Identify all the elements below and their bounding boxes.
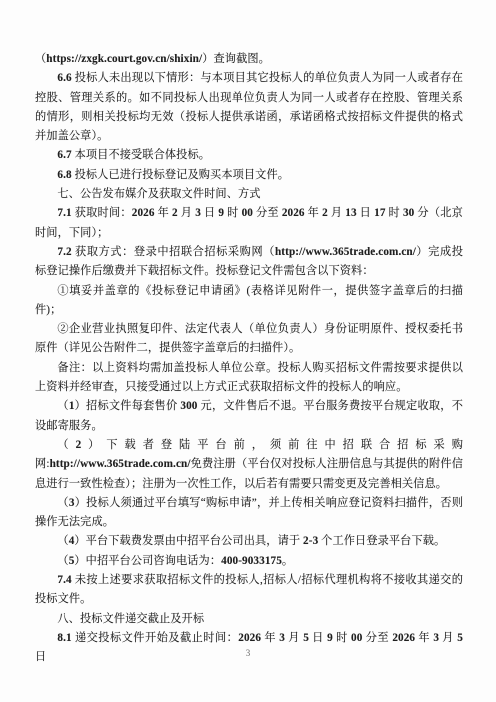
clause-6-8: 6.8 投标人已进行投标登记及购买本项目文件。 bbox=[35, 166, 463, 185]
paragraph-url-screenshot: （https://zxgk.court.gov.cn/shixin/）查询截图。 bbox=[35, 50, 463, 69]
clause-7-1: 7.1 获取时间：2026 年 2 月 3 日 9 时 00 分至 2026 年… bbox=[35, 204, 463, 243]
list-item-2: （2）下载者登陆平台前，须前往中招联合招标采购网:http://www.365t… bbox=[35, 436, 463, 494]
remark-note: 备注：以上资料均需加盖投标人单位公章。投标人购买招标文件需按要求提供以上资料并经… bbox=[35, 359, 463, 398]
clause-7-2: 7.2 获取方式：登录中招联合招标采购网（http://www.365trade… bbox=[35, 243, 463, 282]
list-item-4: （4）平台下载费发票由中招平台公司出具，请于 2-3 个工作日登录平台下载。 bbox=[35, 532, 463, 551]
document-page: （https://zxgk.court.gov.cn/shixin/）查询截图。… bbox=[0, 0, 496, 702]
list-item-5: （5）中招平台公司咨询电话为：400-9033175。 bbox=[35, 552, 463, 571]
page-number: 3 bbox=[0, 648, 496, 658]
clause-7-4: 7.4 未按上述要求获取招标文件的投标人,招标人/招标代理机构将不接收其递交的投… bbox=[35, 571, 463, 610]
list-item-circle-2: ②企业营业执照复印件、法定代表人（单位负责人）身份证明原件、授权委托书原件（详见… bbox=[35, 320, 463, 359]
list-item-circle-1: ①填妥并盖章的《投标登记申请函》(表格详见附件一，提供签字盖章后的扫描件)； bbox=[35, 282, 463, 321]
clause-6-6: 6.6 投标人未出现以下情形：与本项目其它投标人的单位负责人为同一人或者存在控股… bbox=[35, 69, 463, 146]
clause-6-7: 6.7 本项目不接受联合体投标。 bbox=[35, 146, 463, 165]
list-item-1: （1）招标文件每套售价 300 元，文件售后不退。平台服务费按平台规定收取，不设… bbox=[35, 397, 463, 436]
list-item-3: （3）投标人须通过平台填写“购标申请”，并上传相关响应登记资料扫描件，否则操作无… bbox=[35, 494, 463, 533]
section-heading-8: 八、投标文件递交截止及开标 bbox=[35, 610, 463, 629]
document-body: （https://zxgk.court.gov.cn/shixin/）查询截图。… bbox=[35, 50, 463, 668]
section-heading-7: 七、公告发布媒介及获取文件时间、方式 bbox=[35, 185, 463, 204]
